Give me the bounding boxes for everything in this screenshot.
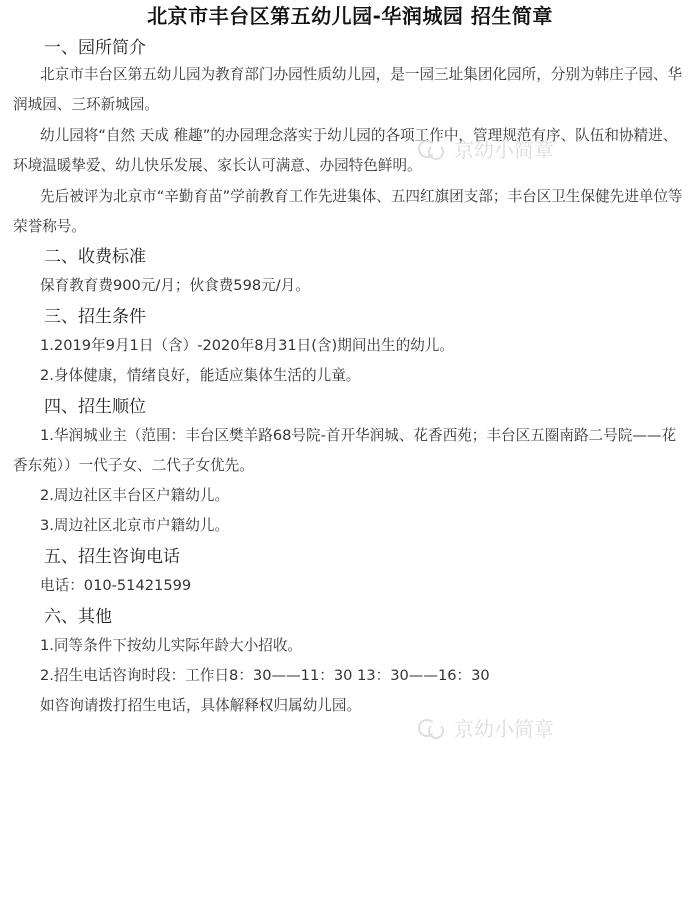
intro-paragraph-2: 幼儿园将“自然 天成 稚趣”的办园理念落实于幼儿园的各项工作中，管理规范有序、队… bbox=[13, 121, 685, 181]
other-line-2: 2.招生电话咨询时段：工作日8：30——11：30 13：30——16：30 bbox=[40, 666, 490, 686]
wechat-logo-icon bbox=[418, 717, 444, 739]
intro-paragraph-3: 先后被评为北京市“辛勤育苗”学前教育工作先进集体、五四红旗团支部；丰台区卫生保健… bbox=[13, 182, 685, 242]
watermark-bottom: 京幼小简章 bbox=[418, 713, 554, 742]
section-heading-intro: 一、园所简介 bbox=[44, 37, 146, 59]
priority-line-2: 2.周边社区丰台区户籍幼儿。 bbox=[40, 486, 229, 506]
section-heading-fees: 二、收费标准 bbox=[44, 246, 146, 268]
page-title: 北京市丰台区第五幼儿园-华润城园 招生简章 bbox=[0, 2, 700, 30]
priority-paragraph-1: 1.华润城业主（范围：丰台区樊羊路68号院-首开华润城、花香西苑；丰台区五圈南路… bbox=[13, 421, 685, 481]
phone-line: 电话：010-51421599 bbox=[40, 576, 191, 596]
section-heading-phone: 五、招生咨询电话 bbox=[44, 546, 180, 568]
section-heading-conditions: 三、招生条件 bbox=[44, 306, 146, 328]
intro-paragraph-1: 北京市丰台区第五幼儿园为教育部门办园性质幼儿园，是一园三址集团化园所，分别为韩庄… bbox=[13, 60, 685, 120]
wechat-logo-icon bbox=[418, 138, 444, 160]
condition-line-2: 2.身体健康，情绪良好，能适应集体生活的儿童。 bbox=[40, 366, 360, 386]
priority-line-3: 3.周边社区北京市户籍幼儿。 bbox=[40, 516, 229, 536]
condition-line-1: 1.2019年9月1日（含）-2020年8月31日(含)期间出生的幼儿。 bbox=[40, 336, 454, 356]
other-line-1: 1.同等条件下按幼儿实际年龄大小招收。 bbox=[40, 636, 302, 656]
section-heading-other: 六、其他 bbox=[44, 606, 112, 628]
other-line-3: 如咨询请拨打招生电话，具体解释权归属幼儿园。 bbox=[40, 696, 361, 716]
fees-line: 保育教育费900元/月；伙食费598元/月。 bbox=[40, 276, 310, 296]
watermark-text: 京幼小简章 bbox=[454, 134, 554, 163]
watermark-top: 京幼小简章 bbox=[418, 134, 554, 163]
section-heading-priority: 四、招生顺位 bbox=[44, 396, 146, 418]
watermark-text: 京幼小简章 bbox=[454, 713, 554, 742]
